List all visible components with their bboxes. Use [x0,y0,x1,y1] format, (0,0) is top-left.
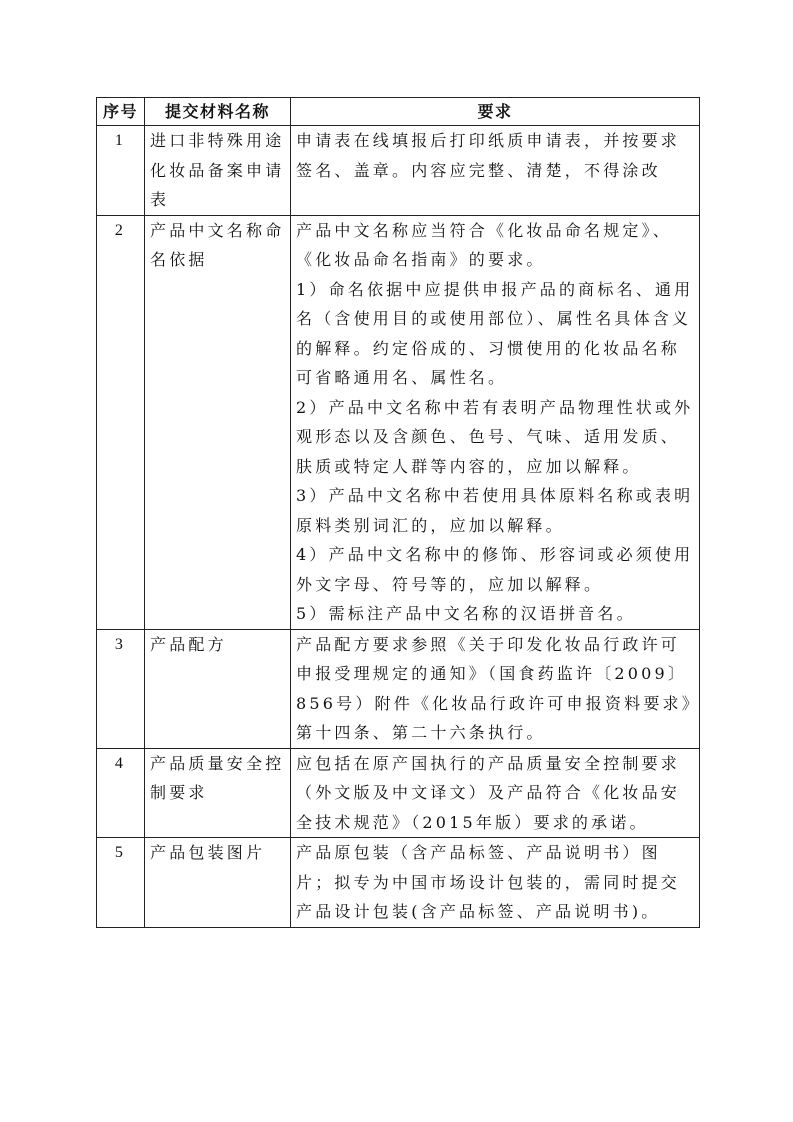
requirement-item-2: 2）产品中文名称中若有表明产品物理性状或外观形态以及含颜色、色号、气味、适用发质… [296,393,694,482]
row-material-name: 产品质量安全控制要求 [145,748,291,838]
row-material-name: 产品中文名称命名依据 [145,215,291,629]
header-requirements: 要求 [291,98,700,126]
row-requirements: 申请表在线填报后打印纸质申请表，并按要求签名、盖章。内容应完整、清楚，不得涂改 [291,126,700,216]
requirement-item-1: 1）命名依据中应提供申报产品的商标名、通用名（含使用目的或使用部位）、属性名具体… [296,275,694,393]
row-index: 4 [97,748,145,838]
requirement-item-4: 4）产品中文名称中的修饰、形容词或必须使用外文字母、符号等的，应加以解释。 [296,540,694,599]
requirement-paragraph: 应包括在原产国执行的产品质量安全控制要求（外文版及中文译文）及产品符合《化妆品安… [296,749,694,838]
table-row: 4 产品质量安全控制要求 应包括在原产国执行的产品质量安全控制要求（外文版及中文… [97,748,700,838]
requirement-item-5: 5）需标注产品中文名称的汉语拼音名。 [296,599,694,629]
table-row: 1 进口非特殊用途化妆品备案申请表 申请表在线填报后打印纸质申请表，并按要求签名… [97,126,700,216]
row-requirements: 产品配方要求参照《关于印发化妆品行政许可申报受理规定的通知》（国食药监许〔200… [291,629,700,748]
row-index: 2 [97,215,145,629]
requirements-table: 序号 提交材料名称 要求 1 进口非特殊用途化妆品备案申请表 申请表在线填报后打… [96,97,700,928]
requirement-paragraph: 产品配方要求参照《关于印发化妆品行政许可申报受理规定的通知》（国食药监许〔200… [296,630,694,748]
table-row: 3 产品配方 产品配方要求参照《关于印发化妆品行政许可申报受理规定的通知》（国食… [97,629,700,748]
row-index: 5 [97,838,145,928]
table-row: 5 产品包装图片 产品原包装（含产品标签、产品说明书）图片；拟专为中国市场设计包… [97,838,700,928]
row-material-name: 进口非特殊用途化妆品备案申请表 [145,126,291,216]
header-material-name: 提交材料名称 [145,98,291,126]
header-index: 序号 [97,98,145,126]
row-index: 3 [97,629,145,748]
requirement-item-3: 3）产品中文名称中若使用具体原料名称或表明原料类别词汇的，应加以解释。 [296,481,694,540]
table-header-row: 序号 提交材料名称 要求 [97,98,700,126]
row-material-name: 产品包装图片 [145,838,291,928]
row-material-name: 产品配方 [145,629,291,748]
row-requirements: 产品中文名称应当符合《化妆品命名规定》、《化妆品命名指南》的要求。 1）命名依据… [291,215,700,629]
requirement-paragraph: 产品中文名称应当符合《化妆品命名规定》、《化妆品命名指南》的要求。 [296,216,694,275]
requirement-paragraph: 产品原包装（含产品标签、产品说明书）图片；拟专为中国市场设计包装的，需同时提交产… [296,838,694,927]
requirement-paragraph: 申请表在线填报后打印纸质申请表，并按要求签名、盖章。内容应完整、清楚，不得涂改 [296,126,694,185]
row-requirements: 产品原包装（含产品标签、产品说明书）图片；拟专为中国市场设计包装的，需同时提交产… [291,838,700,928]
table-row: 2 产品中文名称命名依据 产品中文名称应当符合《化妆品命名规定》、《化妆品命名指… [97,215,700,629]
row-index: 1 [97,126,145,216]
row-requirements: 应包括在原产国执行的产品质量安全控制要求（外文版及中文译文）及产品符合《化妆品安… [291,748,700,838]
